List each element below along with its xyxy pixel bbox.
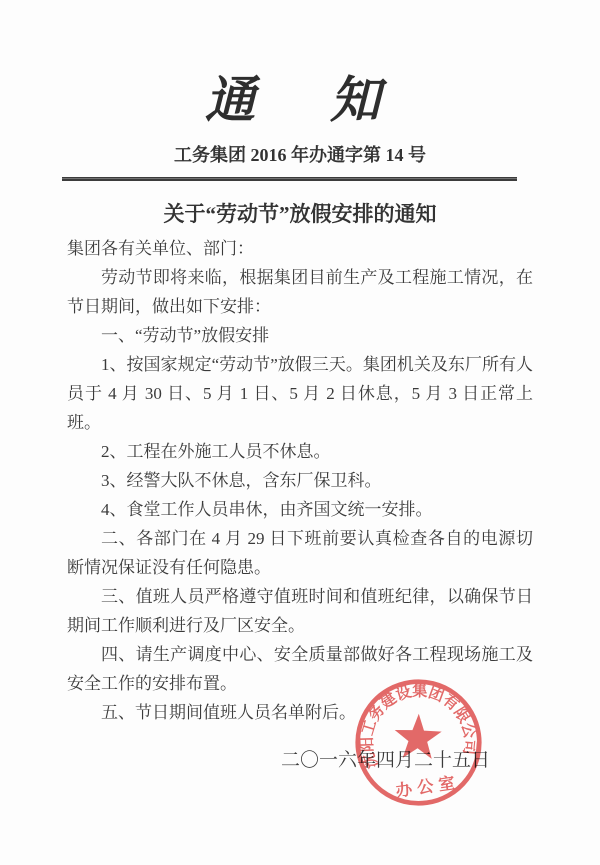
paragraph: 2、工程在外施工人员不休息。 [67,437,533,466]
paragraph: 3、经警大队不休息，含东厂保卫科。 [67,466,533,495]
seal-office-text: 办公室 [394,773,461,801]
paragraph: 二、各部门在 4 月 29 日下班前要认真检查各自的电源切断情况保证没有任何隐患… [67,524,533,582]
notice-title: 关于“劳动节”放假安排的通知 [67,200,533,228]
paragraph: 劳动节即将来临，根据集团目前生产及工程施工情况，在节日期间，做出如下安排： [67,263,533,321]
notice-date: 二〇一六年四月二十五日 [67,749,533,773]
notice-body: 关于“劳动节”放假安排的通知 集团各有关单位、部门： 劳动节即将来临，根据集团目… [67,200,533,773]
header-divider [62,177,517,181]
notice-big-title: 通知 [30,74,600,126]
paragraph: 五、节日期间值班人员名单附后。 [67,698,533,727]
notice-page: 通知 工务集团 2016 年办通字第 14 号 关于“劳动节”放假安排的通知 集… [0,0,600,865]
paragraph: 1、按国家规定“劳动节”放假三天。集团机关及东厂所有人员于 4 月 30 日、5… [67,350,533,437]
salutation: 集团各有关单位、部门： [67,234,533,263]
paragraph: 四、请生产调度中心、安全质量部做好各工程现场施工及安全工作的安排布置。 [67,640,533,698]
paragraph: 三、值班人员严格遵守值班时间和值班纪律，以确保节日期间工作顺利进行及厂区安全。 [67,582,533,640]
paragraph: 一、“劳动节”放假安排 [67,321,533,350]
doc-number: 工务集团 2016 年办通字第 14 号 [0,144,600,166]
paragraph: 4、食堂工作人员串休，由齐国文统一安排。 [67,495,533,524]
